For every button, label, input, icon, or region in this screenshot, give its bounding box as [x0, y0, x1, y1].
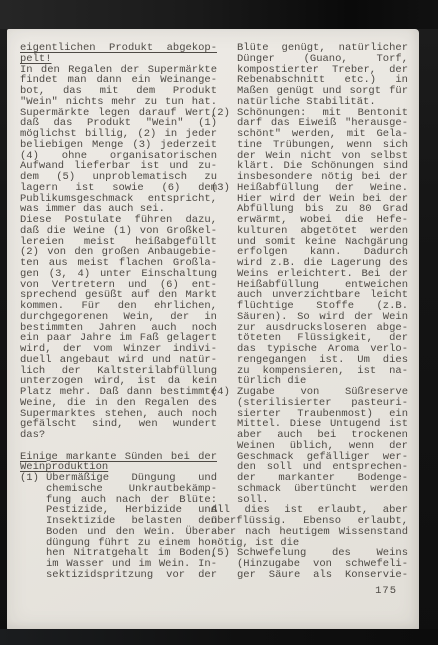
text-line: kulturen abgetötet werden	[211, 226, 408, 237]
text-line: Weinen üblich, wenn der	[211, 441, 408, 452]
text-line: duell angebaut wird und natür-	[20, 355, 217, 366]
text-line: lagern ist sowie (6) dem	[20, 183, 217, 194]
text-line: tine Trübungen, wenn sich	[211, 140, 408, 151]
list-marker: (4)	[211, 387, 230, 398]
text-line: daß die Weine (1) von Großkel-	[20, 226, 217, 237]
text-line: Weins erleichtert. Bei der	[211, 269, 408, 280]
text-line: beliebigen Menge (3) jederzeit	[20, 140, 217, 151]
text-line: Boden und den Wein. Über-	[20, 527, 217, 538]
text-line: gefälscht sind, wen wundert	[20, 419, 217, 430]
text-line: gen (3, 4) unter Einschaltung	[20, 269, 217, 280]
list-marker: (5)	[211, 548, 230, 559]
text-column-left: eigentlichen Produkt abgekop-pelt!In den…	[20, 43, 217, 581]
text-column-right: Blüte genügt, natürlicherDünger (Guano, …	[211, 43, 408, 581]
book-page: eigentlichen Produkt abgekop-pelt!In den…	[7, 29, 419, 630]
text-line: rengegangen ist. Um dies	[211, 355, 408, 366]
text-line: Säuren). So wird der Wein	[211, 312, 408, 323]
scanned-page-photo: eigentlichen Produkt abgekop-pelt!In den…	[0, 0, 438, 645]
list-marker: (3)	[211, 183, 230, 194]
list-marker: (2)	[211, 108, 230, 119]
list-marker: (1)	[20, 473, 39, 484]
text-line: chemische Unkrautbekämp-	[20, 484, 217, 495]
page-number: 175	[211, 585, 402, 597]
photo-dark-border-bottom	[0, 629, 438, 645]
text-line	[20, 441, 217, 452]
text-line: schmack übertüncht werden	[211, 484, 408, 495]
text-line: Dünger (Guano, Torf,	[211, 54, 408, 65]
photo-dark-border-top	[0, 0, 438, 29]
heading-line: pelt!	[20, 54, 217, 65]
text-line: (sterilisierter pasteuri-	[211, 398, 408, 409]
text-line: das?	[20, 430, 217, 441]
text-line: aber nach heutigem Wissenstand	[211, 527, 408, 538]
text-line: "Wein" nichts mehr zu tun hat.	[20, 97, 217, 108]
text-line: durchgegorenen Wein, der in	[20, 312, 217, 323]
text-line: natürliche Stabilität.	[211, 97, 408, 108]
text-line: (3)Heißabfüllung der Weine.	[211, 183, 408, 194]
text-line: sektizidspritzung vor der	[20, 570, 217, 581]
text-line: ger Säure als Konservie-	[211, 570, 408, 581]
text-line: Weine, die in den Regalen des	[20, 398, 217, 409]
